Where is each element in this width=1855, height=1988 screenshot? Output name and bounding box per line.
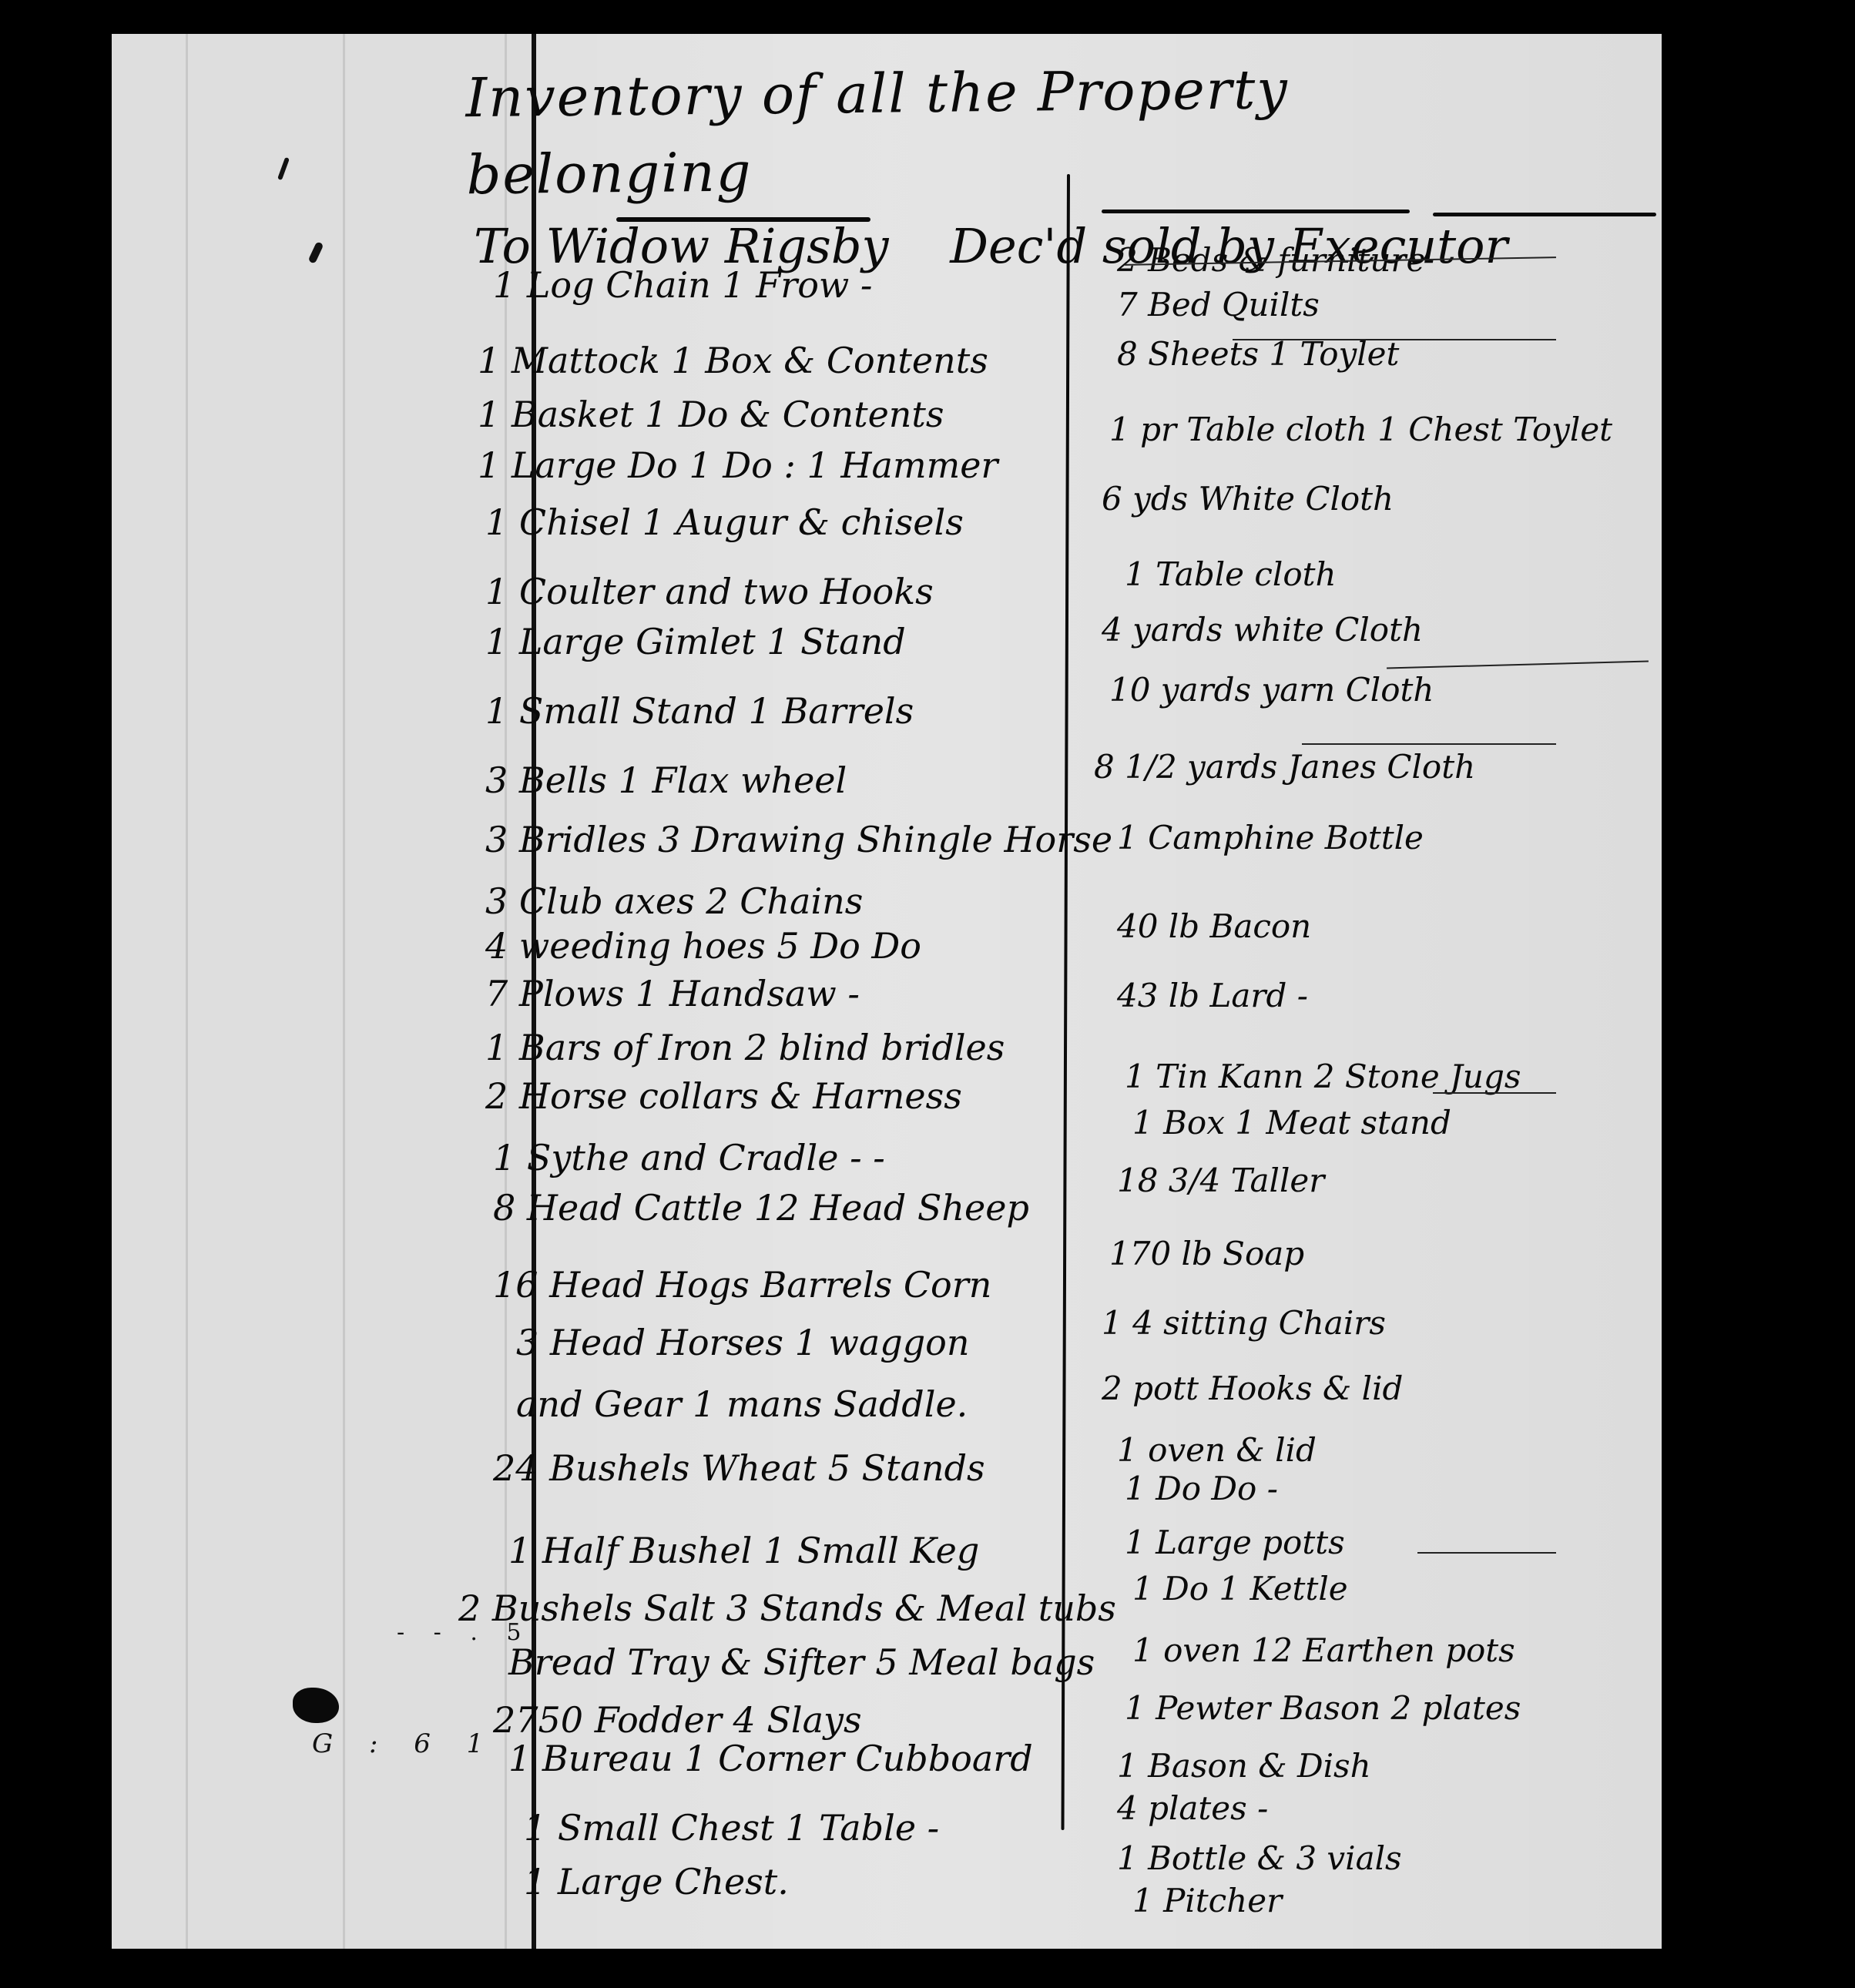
inventory-item: 1 Box 1 Meat stand xyxy=(1132,1101,1451,1145)
title-underline xyxy=(616,217,870,222)
inventory-item: 1 Bason & Dish xyxy=(1117,1745,1371,1788)
fold-crease xyxy=(186,34,188,1949)
inventory-item: 1 Bureau 1 Corner Cubboard xyxy=(508,1737,1033,1780)
inventory-item: 6 yds White Cloth xyxy=(1102,478,1394,521)
inventory-item: 4 weeding hoes 5 Do Do xyxy=(485,924,921,967)
inventory-item: 7 Plows 1 Handsaw - xyxy=(485,972,860,1015)
inventory-item: 1 Chisel 1 Augur & chisels xyxy=(485,501,964,544)
inventory-item: 7 Bed Quilts xyxy=(1117,283,1320,327)
inventory-item: 1 Do Do - xyxy=(1125,1467,1278,1510)
inventory-item: Bread Tray & Sifter 5 Meal bags xyxy=(508,1641,1095,1684)
inventory-item: 16 Head Hogs Barrels Corn xyxy=(493,1263,991,1306)
inventory-item: 2 Horse collars & Harness xyxy=(485,1074,962,1118)
inventory-item: 10 yards yarn Cloth xyxy=(1109,669,1434,712)
inventory-item: 24 Bushels Wheat 5 Stands xyxy=(493,1447,985,1490)
ruled-line xyxy=(1433,1092,1556,1094)
inventory-item: 3 Bridles 3 Drawing Shingle Horse xyxy=(485,818,1112,861)
inventory-item: 1 Large potts xyxy=(1125,1521,1345,1564)
inventory-item: 1 Coulter and two Hooks xyxy=(485,570,934,613)
inventory-item: 1 Do 1 Kettle xyxy=(1132,1567,1348,1611)
inventory-item: 18 3/4 Taller xyxy=(1117,1159,1324,1202)
title-underline xyxy=(1433,213,1656,216)
inventory-item: 1 Bars of Iron 2 blind bridles xyxy=(485,1026,1005,1069)
margin-marks: G : 6 1 xyxy=(312,1728,497,1759)
inventory-item: 4 yards white Cloth xyxy=(1102,608,1423,652)
ruled-line xyxy=(1233,339,1556,340)
folded-margin-strip xyxy=(112,34,532,1949)
ruled-line xyxy=(1302,743,1556,745)
inventory-item: 43 lb Lard - xyxy=(1117,974,1308,1017)
inventory-item: 3 Bells 1 Flax wheel xyxy=(485,759,847,802)
inventory-item: 2750 Fodder 4 Slays xyxy=(493,1698,862,1742)
inventory-item: 8 1/2 yards Janes Cloth xyxy=(1094,746,1475,789)
title-line-1: Inventory of all the Property belonging xyxy=(458,49,1538,214)
inventory-item: 1 Log Chain 1 Frow - xyxy=(493,263,872,307)
inventory-item: 1 Camphine Bottle xyxy=(1117,816,1424,860)
inventory-item: 1 Small Chest 1 Table - xyxy=(524,1806,939,1849)
inventory-item: 3 Club axes 2 Chains xyxy=(485,880,863,923)
inventory-item: 1 Large Do 1 Do : 1 Hammer xyxy=(478,444,998,487)
inventory-item: 1 pr Table cloth 1 Chest Toylet xyxy=(1109,408,1612,451)
inventory-item: 1 Basket 1 Do & Contents xyxy=(478,393,944,436)
inventory-item: 1 Half Bushel 1 Small Keg xyxy=(508,1529,979,1572)
inventory-item: 1 oven & lid xyxy=(1117,1429,1317,1472)
inventory-item: 1 4 sitting Chairs xyxy=(1102,1302,1386,1345)
inventory-item: 1 Large Chest. xyxy=(524,1860,789,1903)
inventory-item: 2 pott Hooks & lid xyxy=(1102,1367,1403,1410)
ruled-line xyxy=(1417,1552,1556,1554)
inventory-item: 1 Pewter Bason 2 plates xyxy=(1125,1687,1521,1730)
inventory-item: 2 Bushels Salt 3 Stands & Meal tubs xyxy=(458,1587,1116,1630)
inventory-item: 170 lb Soap xyxy=(1109,1232,1304,1276)
inventory-item: 3 Head Horses 1 waggon xyxy=(516,1321,969,1364)
inventory-item: 1 Large Gimlet 1 Stand xyxy=(485,620,906,663)
inventory-item: 1 Mattock 1 Box & Contents xyxy=(478,339,988,382)
title-underline xyxy=(1102,210,1410,213)
inventory-item: 1 Small Stand 1 Barrels xyxy=(485,689,914,733)
inventory-item: 1 Table cloth xyxy=(1125,553,1337,596)
inventory-item: 1 Sythe and Cradle - - xyxy=(493,1136,885,1179)
inventory-item: 1 oven 12 Earthen pots xyxy=(1132,1629,1515,1672)
fold-crease xyxy=(343,34,345,1949)
inventory-item: 8 Head Cattle 12 Head Sheep xyxy=(493,1186,1029,1229)
inventory-item: 1 Pitcher xyxy=(1132,1879,1282,1923)
inventory-item: and Gear 1 mans Saddle. xyxy=(516,1383,968,1426)
inventory-item: 4 plates - xyxy=(1117,1787,1268,1830)
inventory-item: 40 lb Bacon xyxy=(1117,905,1311,948)
inventory-item: 1 Bottle & 3 vials xyxy=(1117,1837,1402,1880)
